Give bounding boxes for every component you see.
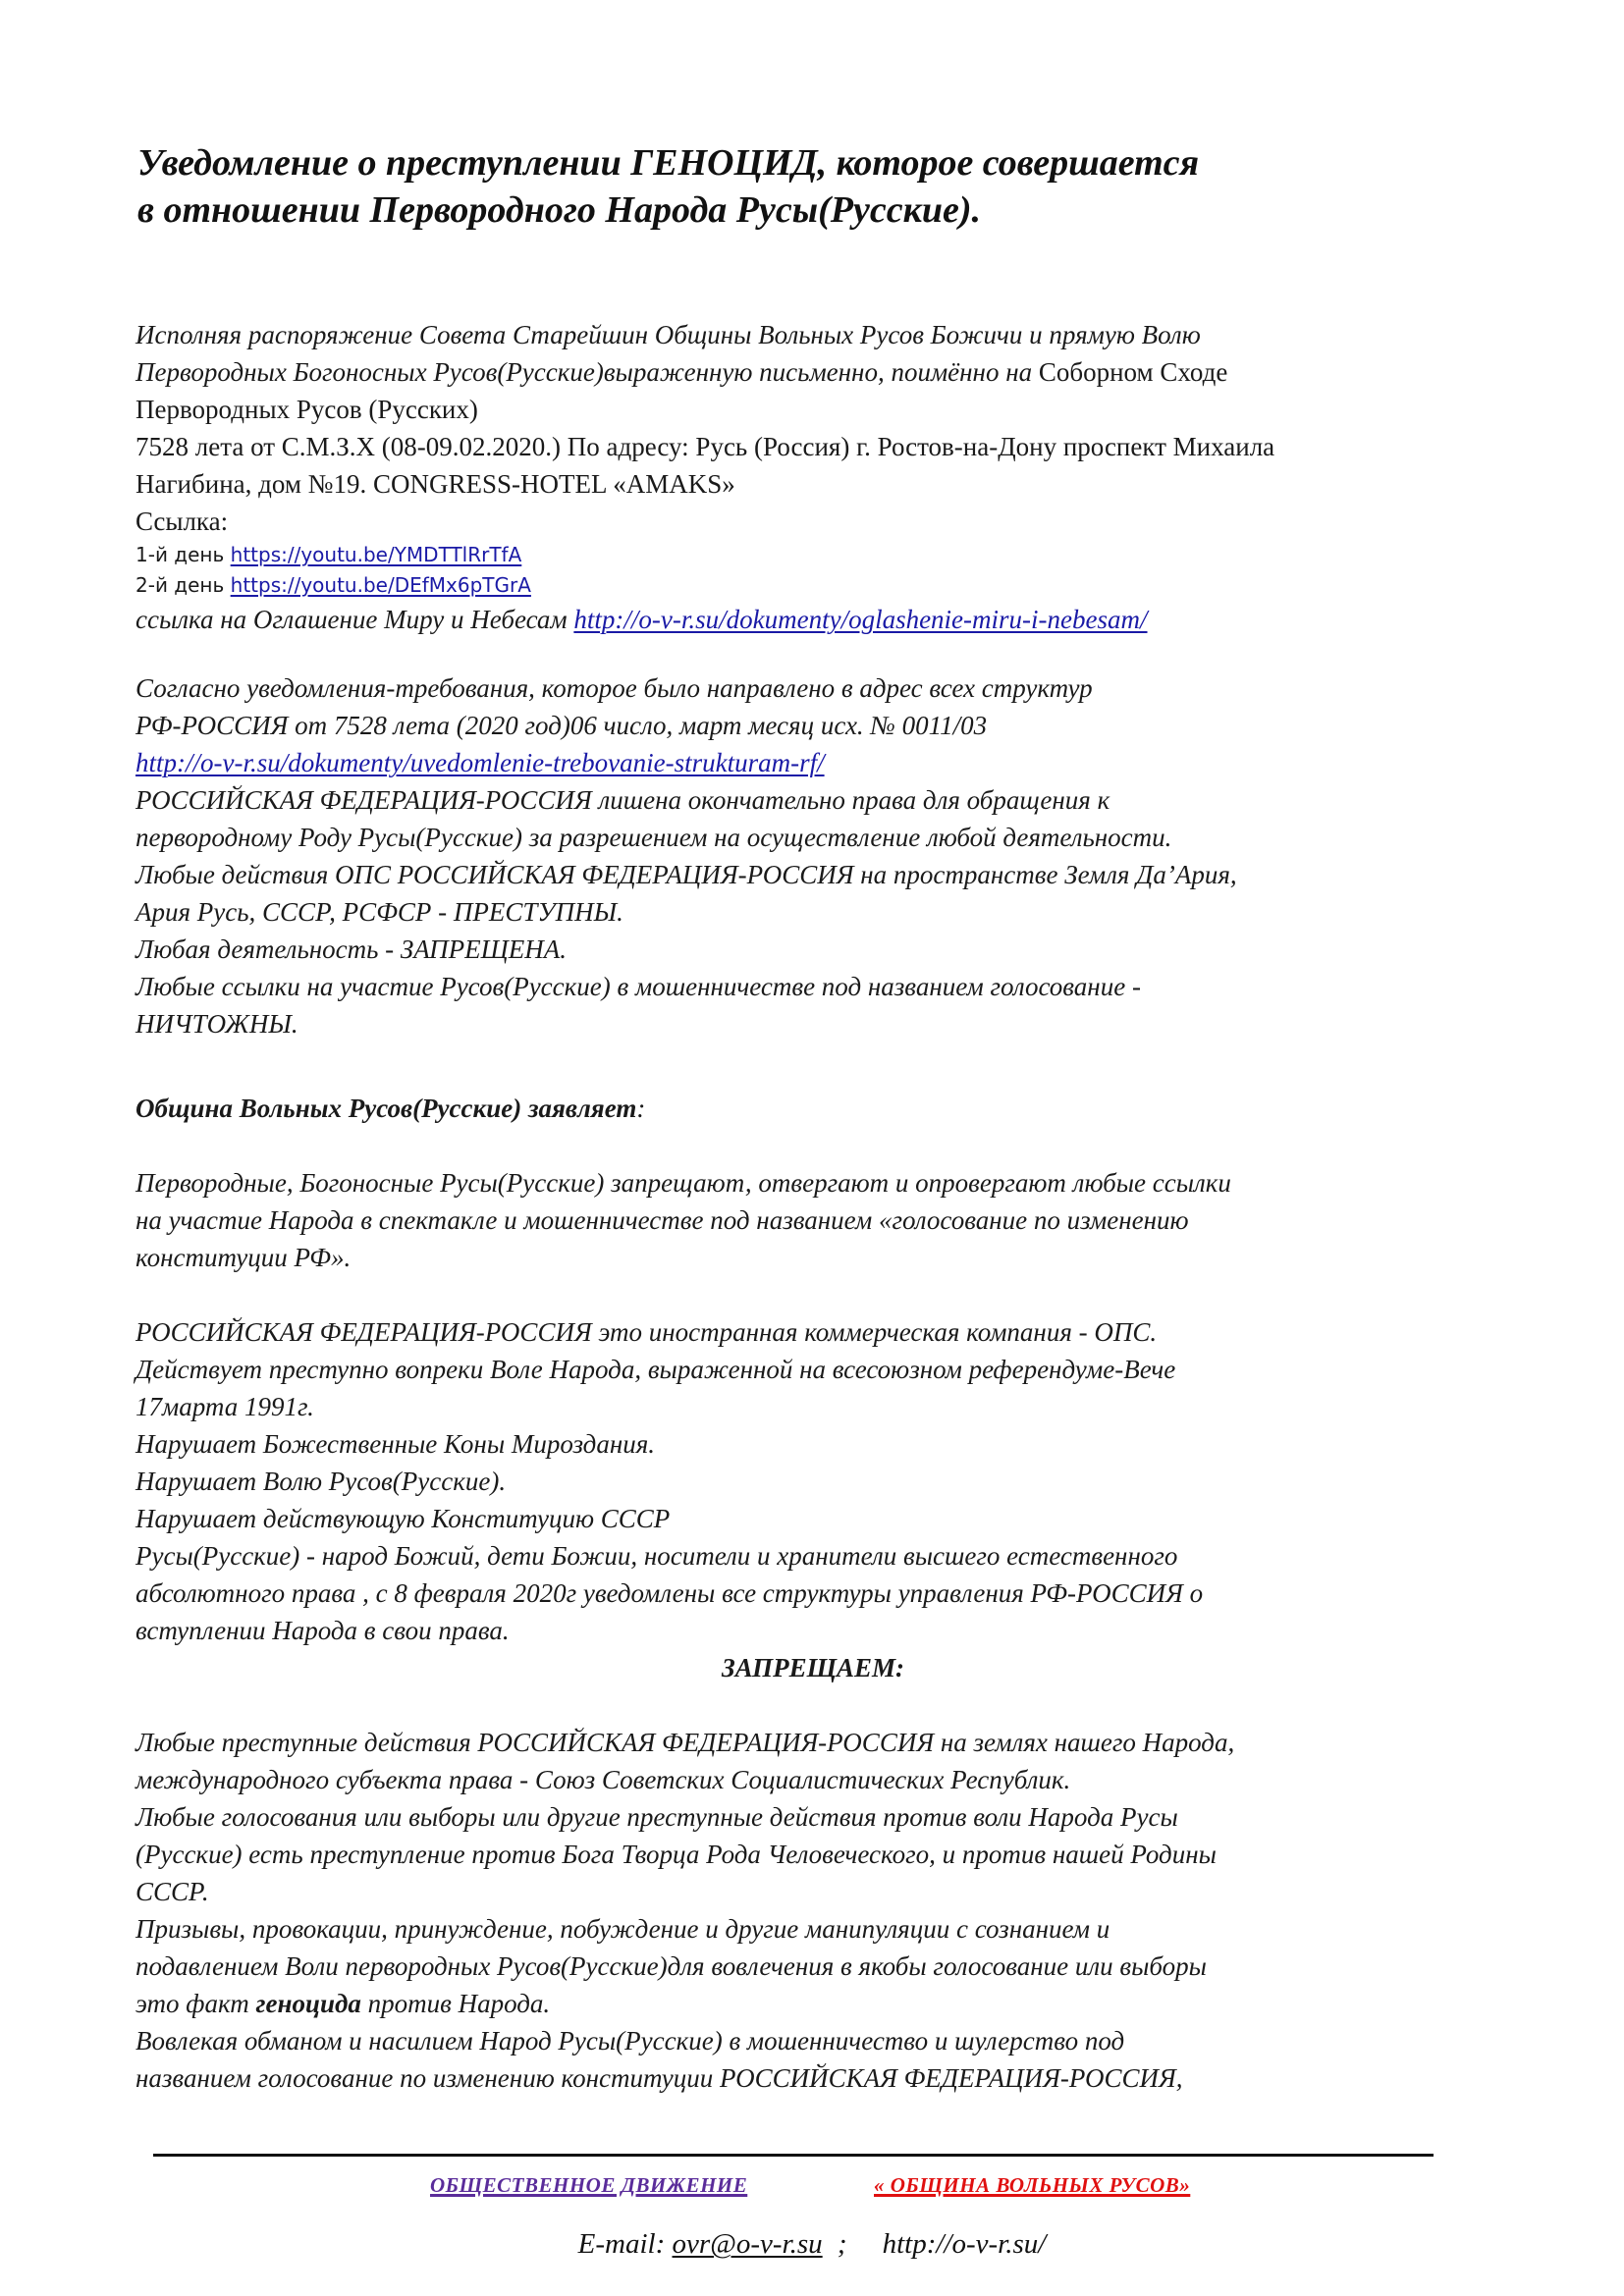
prohibition-section: Любые преступные действия РОССИЙСКАЯ ФЕД… (135, 1724, 1530, 2097)
footer-email-link[interactable]: ovr@o-v-r.su (673, 2228, 823, 2260)
document-page: Уведомление о преступлении ГЕНОЦИД, кото… (0, 0, 1624, 2296)
notice-line: Ария Русь, СССР, РСФСР - ПРЕСТУПНЫ. (135, 893, 1530, 931)
genocide-emphasis: геноцида (256, 1989, 361, 2018)
link-label: Ссылка: (135, 503, 1530, 540)
intro-line: Первородных Русов (Русских) (135, 391, 1530, 428)
notice-line: Любые ссылки на участие Русов(Русские) в… (135, 968, 1530, 1005)
footer-contacts: E-mail: ovr@o-v-r.su ;http://o-v-r.su/ (0, 2228, 1624, 2261)
declaration-paragraph-2: РОССИЙСКАЯ ФЕДЕРАЦИЯ-РОССИЯ это иностран… (135, 1313, 1530, 1649)
notice-requirement-link[interactable]: http://o-v-r.su/dokumenty/uvedomlenie-tr… (135, 748, 825, 777)
notice-line: Любая деятельность - ЗАПРЕЩЕНА. (135, 931, 1530, 968)
intro-line: Исполняя распоряжение Совета Старейшин О… (135, 316, 1530, 353)
declaration-paragraph-1: Первородные, Богоносные Русы(Русские) за… (135, 1164, 1530, 1276)
day1-link-row: 1-й день https://youtu.be/YMDTTlRrTfA (135, 540, 1530, 570)
notice-line: РФ-РОССИЯ от 7528 лета (2020 год)06 числ… (135, 707, 1530, 744)
notice-line: Любые действия ОПС РОССИЙСКАЯ ФЕДЕРАЦИЯ-… (135, 856, 1530, 893)
footer-movement-label: ОБЩЕСТВЕННОЕ ДВИЖЕНИЕ (430, 2173, 747, 2198)
day1-video-link[interactable]: https://youtu.be/YMDTTlRrTfA (231, 543, 522, 566)
intro-line: Нагибина, дом №19. CONGRESS-HOTEL «AMAKS… (135, 465, 1530, 503)
day2-link-row: 2-й день https://youtu.be/DEfMx6pTGrA (135, 570, 1530, 601)
notice-section: Согласно уведомления-требования, которое… (135, 669, 1530, 1042)
title-line-1: Уведомление о преступлении ГЕНОЦИД, кото… (137, 139, 1512, 187)
title-line-2: в отношении Первородного Народа Русы(Рус… (137, 187, 1512, 234)
notice-line: Согласно уведомления-требования, которое… (135, 669, 1530, 707)
intro-line: Первородных Богоносных Русов(Русские)выр… (135, 353, 1530, 391)
declaration-heading: Община Вольных Русов(Русские) заявляет: (135, 1090, 1530, 1127)
footer-community-label: « ОБЩИНА ВОЛЬНЫХ РУСОВ» (874, 2173, 1190, 2198)
notice-line: первородному Роду Русы(Русские) за разре… (135, 819, 1530, 856)
footer-website-link[interactable]: http://o-v-r.su/ (883, 2228, 1047, 2260)
footer-divider (153, 2154, 1434, 2157)
intro-section: Исполняя распоряжение Совета Старейшин О… (135, 316, 1530, 638)
day2-video-link[interactable]: https://youtu.be/DEfMx6pTGrA (231, 573, 531, 597)
document-title: Уведомление о преступлении ГЕНОЦИД, кото… (137, 139, 1512, 234)
genocide-line: это факт геноцида против Народа. (135, 1985, 1530, 2022)
prohibition-heading: ЗАПРЕЩАЕМ: (135, 1649, 1490, 1686)
intro-line: 7528 лета от С.М.З.Х (08-09.02.2020.) По… (135, 428, 1530, 465)
proclamation-link-row: ссылка на Оглашение Миру и Небесам http:… (135, 601, 1530, 638)
notice-line: РОССИЙСКАЯ ФЕДЕРАЦИЯ-РОССИЯ лишена оконч… (135, 781, 1530, 819)
proclamation-link[interactable]: http://o-v-r.su/dokumenty/oglashenie-mir… (573, 605, 1147, 634)
notice-line: НИЧТОЖНЫ. (135, 1005, 1530, 1042)
